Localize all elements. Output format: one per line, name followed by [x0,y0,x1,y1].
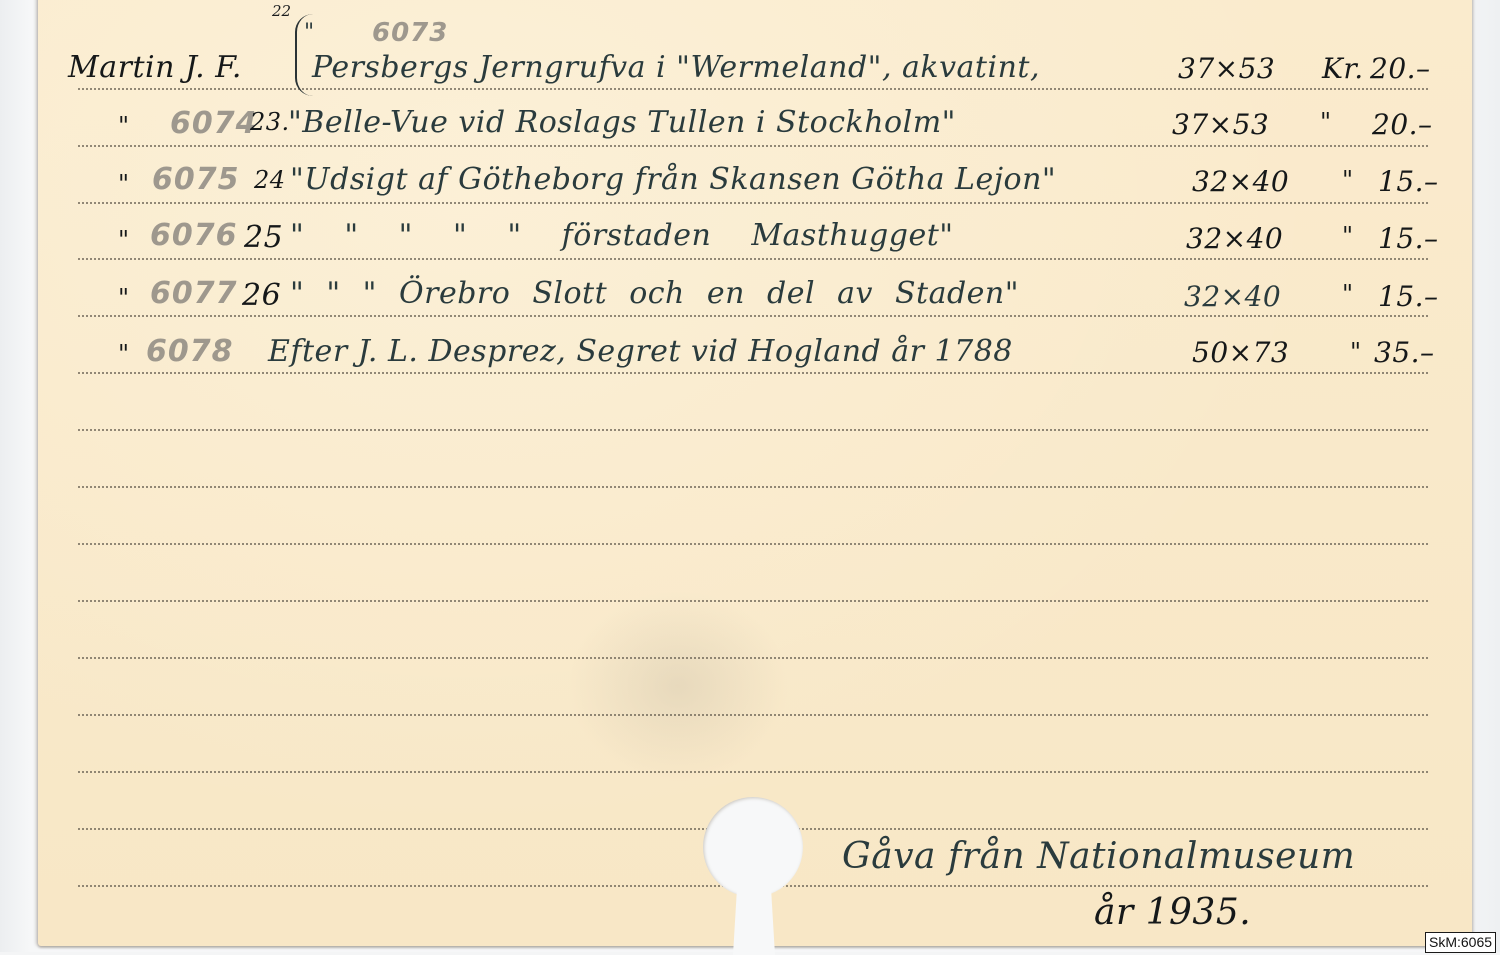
ruled-line [78,315,1428,317]
ruled-line [78,486,1428,488]
ruled-line [78,714,1428,716]
pencil-inventory-number: 6076 [150,218,238,253]
ruled-line [78,771,1428,773]
entry-currency: " [1350,338,1362,366]
entry-currency: " [1342,222,1354,250]
entry-size: 32×40 [1192,165,1289,198]
ruled-line [78,429,1428,431]
item-number: 24 [254,166,286,194]
entry-title: "Belle-Vue vid Roslags Tullen i Stockhol… [288,105,956,140]
entry-size: 32×40 [1184,280,1281,313]
ruled-line [78,543,1428,545]
entry-title: " " " Örebro Slott och en del av Staden" [290,276,1019,311]
entry-title: "Udsigt af Götheborg från Skansen Götha … [290,162,1056,197]
entry-title: " " " " " förstaden Masthugget" [290,218,954,253]
ditto-mark: " [118,284,130,312]
ruled-line [78,657,1428,659]
entry-price: 20.– [1372,108,1433,141]
pencil-inventory-number: 6075 [152,162,240,197]
ruled-line [78,372,1428,374]
entry-size: 32×40 [1186,222,1283,255]
entry-price: 15.– [1378,280,1439,313]
ditto-mark: " [118,170,130,198]
entry-size: 50×73 [1192,336,1289,369]
entry-size: 37×53 [1178,52,1275,85]
title-opening-quote: " [304,20,315,45]
ruled-line [78,258,1428,260]
pencil-inventory-number: 6074 [170,106,258,141]
pencil-inventory-number: 6078 [146,334,234,369]
entry-title: Persbergs Jerngrufva i "Wermeland", akva… [312,50,1040,85]
entry-title: Efter J. L. Desprez, Segret vid Hogland … [268,334,1013,369]
card-keyhole-slot [733,885,775,952]
pencil-inventory-number: 6073 [372,18,448,48]
ditto-mark: " [118,340,130,368]
item-number: 26 [242,278,281,313]
item-number: 25 [244,220,283,255]
ruled-line [78,600,1428,602]
entry-price: 15.– [1378,165,1439,198]
item-number: 22 [272,2,291,20]
entry-size: 37×53 [1172,108,1269,141]
ditto-mark: " [118,226,130,254]
ditto-mark: " [118,112,130,140]
donation-note-line2: år 1935. [1094,892,1251,933]
ruled-line [78,202,1428,204]
entry-price: 35.– [1374,336,1435,369]
entry-price: 20.– [1370,52,1431,85]
entry-currency: " [1342,166,1354,194]
ruled-line [78,88,1428,90]
entry-currency: " [1342,280,1354,308]
item-number: 23. [250,108,290,136]
entry-currency: " [1320,108,1332,136]
entry-currency: Kr. [1322,52,1364,85]
entry-price: 15.– [1378,222,1439,255]
card-keyhole-punch [703,797,803,897]
ruled-line [78,145,1428,147]
pencil-inventory-number: 6077 [150,276,238,311]
artist-name: Martin J. F. [68,50,242,85]
donation-note-line1: Gåva från Nationalmuseum [842,836,1355,877]
catalog-number-label: SkM:6065 [1425,932,1496,952]
